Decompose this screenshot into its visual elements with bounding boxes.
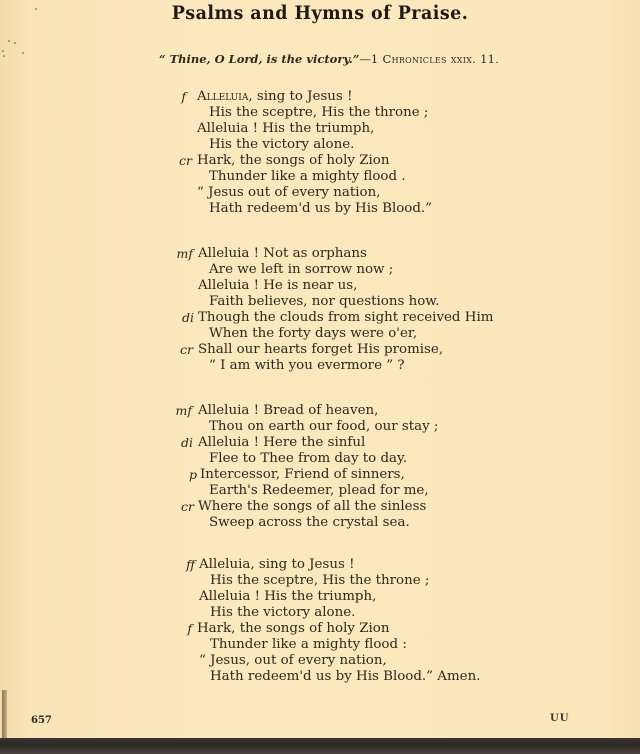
hymn-line: Alleluia, sing to Jesus ! [197,89,352,105]
hymn-line: Faith believes, nor questions how. [209,294,439,310]
hymn-line: Shall our hearts forget His promise, [198,342,443,358]
paper-speck [3,55,5,57]
hymn-line: Hark, the songs of holy Zion [197,621,389,637]
paper-speck [22,52,24,54]
printer-signature: UU [550,713,569,724]
hymn-line: Though the clouds from sight received Hi… [198,310,493,326]
hymn-line: Sweep across the crystal sea. [209,515,410,531]
hymnal-page: Psalms and Hymns of Praise. “ Thine, O L… [0,0,640,738]
dynamic-mark: cr [169,342,193,358]
page-number: 657 [31,715,52,726]
paper-speck [2,50,4,52]
hymn-line: When the forty days were o'er, [209,326,417,342]
epigraph-reference: 1 Chronicles xxix. 11. [371,52,499,66]
hymn-line: Alleluia, sing to Jesus ! [199,557,354,573]
dynamic-mark: ff [171,557,195,573]
epigraph: “ Thine, O Lord, is the victory.”—1 Chro… [159,52,499,66]
hymn-line: Intercessor, Friend of sinners, [200,467,405,483]
paper-speck [8,40,10,42]
dynamic-mark: cr [170,499,194,515]
hymn-line: “ I am with you evermore ” ? [209,358,405,374]
hymn-line: “ Jesus out of every nation, [197,185,380,201]
hymn-line: Thou on earth our food, our stay ; [209,419,438,435]
dynamic-mark: mf [169,246,193,262]
epigraph-dash: — [359,52,371,66]
hymn-line: Hark, the songs of holy Zion [197,153,389,169]
dynamic-mark: mf [168,403,192,419]
hymn-line: His the sceptre, His the throne ; [209,105,428,121]
hymn-line: Alleluia ! His the triumph, [197,121,374,137]
hymn-line: Hath redeem'd us by His Blood.” Amen. [210,669,480,685]
hymn-line: His the victory alone. [210,605,355,621]
scan-edge-bar [0,738,640,754]
dynamic-mark: f [162,89,186,105]
hymn-line: Thunder like a mighty flood : [210,637,407,653]
epigraph-quote: “ Thine, O Lord, is the victory.” [159,52,359,66]
hymn-line: Where the songs of all the sinless [198,499,426,515]
dynamic-mark: cr [168,153,192,169]
hymn-line: “ Jesus, out of every nation, [199,653,387,669]
dynamic-mark: f [168,621,192,637]
binding-edge [2,690,7,738]
hymn-line: Earth's Redeemer, plead for me, [209,483,429,499]
hymn-line: His the sceptre, His the throne ; [210,573,429,589]
hymn-line: Flee to Thee from day to day. [209,451,407,467]
page-title: Psalms and Hymns of Praise. [26,2,615,24]
dynamic-mark: di [170,310,194,326]
hymn-line: Are we left in sorrow now ; [209,262,393,278]
dynamic-mark: di [169,435,193,451]
hymn-line: Alleluia ! Here the sinful [198,435,365,451]
hymn-line: Alleluia ! His the triumph, [199,589,376,605]
hymn-line: Hath redeem'd us by His Blood.” [209,201,432,217]
hymn-line: His the victory alone. [209,137,354,153]
dynamic-mark: p [173,467,197,483]
hymn-line: Alleluia ! Not as orphans [198,246,367,262]
hymn-line: Alleluia ! He is near us, [198,278,357,294]
hymn-line: Alleluia ! Bread of heaven, [198,403,378,419]
hymn-line: Thunder like a mighty flood . [209,169,406,185]
paper-speck [14,42,16,44]
